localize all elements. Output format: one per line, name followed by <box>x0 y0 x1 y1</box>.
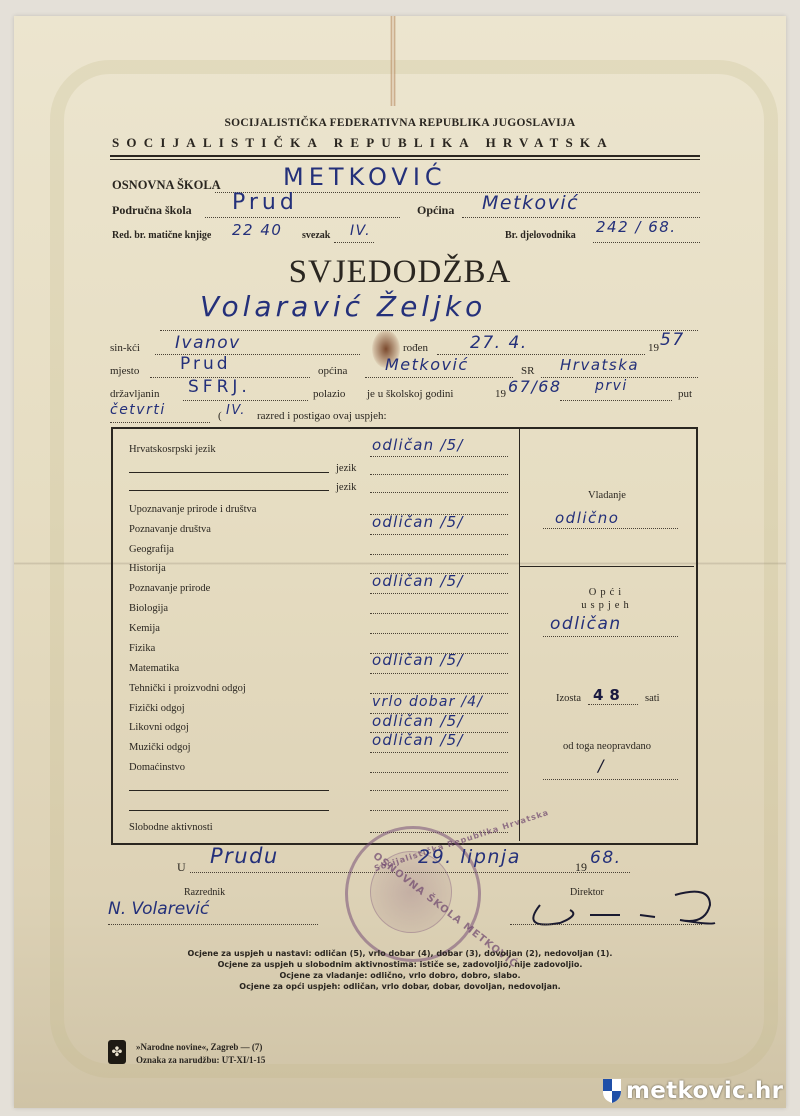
subject-name: Hrvatskosrpski jezik <box>129 444 216 455</box>
overall-value: odličan <box>550 614 622 634</box>
branch-label: Područna škola <box>112 203 192 218</box>
place-municipality-label: općina <box>318 365 347 377</box>
citizenship-value: SFRJ. <box>188 377 251 397</box>
signing-date: 29. lipnja <box>418 846 521 868</box>
signing-year-prefix: 19 <box>575 860 587 875</box>
grade-line <box>370 534 508 535</box>
absence-unit: sati <box>645 693 660 704</box>
signing-place-line <box>190 872 395 873</box>
director-line <box>510 924 702 925</box>
school-label: OSNOVNA ŠKOLA <box>112 178 221 193</box>
subject-name: Tehnički i proizvodni odgoj <box>129 683 246 694</box>
blank-language-line <box>129 490 329 491</box>
register-value: 22 40 <box>232 221 282 239</box>
school-value: METKOVIĆ <box>283 163 447 191</box>
overall-label-2: uspjeh <box>520 600 694 611</box>
born-year-prefix: 19 <box>648 342 659 354</box>
student-name: Volaravić Željko <box>200 290 486 323</box>
fold-mark <box>390 16 396 106</box>
signing-place: Prudu <box>210 844 279 868</box>
overall-label-1: Opći <box>520 587 694 598</box>
subject-name: Historija <box>129 563 166 574</box>
grade-roman: IV. <box>226 403 246 418</box>
citizenship-line <box>183 400 308 401</box>
legend-line: Ocjene za opći uspjeh: odličan, vrlo dob… <box>0 981 800 992</box>
subject-name: Fizika <box>129 643 155 654</box>
grade-word: četvrti <box>110 402 166 418</box>
register-label: Red. br. matične knjige <box>112 230 211 241</box>
signing-year: 68. <box>590 848 622 868</box>
legend-line: Ocjene za uspjeh u slobodnim aktivnostim… <box>0 959 800 970</box>
conduct-value: odlično <box>555 509 619 527</box>
certificate-title: SVJEDODŽBA <box>0 254 800 291</box>
subject-name: Fizički odgoj <box>129 703 185 714</box>
grade-line <box>370 790 508 791</box>
subject-name: jezik <box>336 463 356 474</box>
municipality-label: Općina <box>417 203 454 218</box>
class-teacher-signature: N. Volarević <box>108 899 209 919</box>
grade-line <box>370 456 508 457</box>
subject-name: Matematika <box>129 663 179 674</box>
municipality-value: Metković <box>482 192 579 214</box>
grading-legend: Ocjene za uspjeh u nastavi: odličan (5),… <box>0 948 800 992</box>
grade-line <box>370 810 508 811</box>
father-name: Ivanov <box>175 333 241 353</box>
subject-grade: odličan /5/ <box>372 712 464 730</box>
school-year-label: je u školskoj godini <box>367 388 453 400</box>
subject-name: Geografija <box>129 544 174 555</box>
grade-line <box>370 772 508 773</box>
office-no-value: 242 / 68. <box>596 218 677 236</box>
place-municipality-line <box>365 377 513 378</box>
class-teacher-label: Razrednik <box>184 887 225 898</box>
subject-grade: odličan /5/ <box>372 572 464 590</box>
subject-grade: odličan /5/ <box>372 436 464 454</box>
subject-name: Biologija <box>129 603 168 614</box>
subject-grade: odličan /5/ <box>372 651 464 669</box>
legend-line: Ocjene za uspjeh u nastavi: odličan (5),… <box>0 948 800 959</box>
publisher-logo-icon: ✤ <box>108 1040 126 1064</box>
grade-paren-open: ( <box>218 410 222 422</box>
absence-line <box>588 704 638 705</box>
conduct-label: Vladanje <box>520 490 694 501</box>
grade-line <box>370 633 508 634</box>
grade-line <box>370 613 508 614</box>
grade-word-line <box>110 422 210 423</box>
signing-date-line <box>405 872 630 873</box>
unjustified-label: od toga neopravdano <box>520 741 694 752</box>
grade-line <box>370 492 508 493</box>
watermark-text: metkovic.hr <box>626 1078 783 1104</box>
grade-line <box>370 474 508 475</box>
blank-subject-line <box>129 810 329 811</box>
volume-value: IV. <box>350 223 371 239</box>
school-year-value: 67/68 <box>508 377 562 396</box>
absence-value: 48 <box>593 686 626 704</box>
subject-name: Kemija <box>129 623 160 634</box>
subject-grade: vrlo dobar /4/ <box>372 694 483 710</box>
conduct-line <box>543 528 678 529</box>
republic-label: SR <box>521 365 534 377</box>
office-no-label: Br. djelovodnika <box>505 230 576 241</box>
legend-line: Ocjene za vladanje: odlično, vrlo dobro,… <box>0 970 800 981</box>
subject-name: Upoznavanje prirode i društva <box>129 504 256 515</box>
school-year-prefix: 19 <box>495 388 506 400</box>
times-label: put <box>678 388 692 400</box>
subject-name: Poznavanje društva <box>129 524 211 535</box>
place-municipality-value: Metković <box>385 355 469 374</box>
citizenship-label: državljanin <box>110 388 159 400</box>
blank-subject-line <box>129 790 329 791</box>
class-teacher-line <box>108 924 318 925</box>
federation-heading: SOCIJALISTIČKA FEDERATIVNA REPUBLIKA JUG… <box>0 117 800 129</box>
branch-line <box>205 217 400 218</box>
header-rule <box>110 155 700 157</box>
overall-line <box>543 636 678 637</box>
watermark: metkovic.hr <box>602 1078 783 1104</box>
attempt-value: prvi <box>595 378 628 394</box>
subject-name: Likovni odgoj <box>129 722 189 733</box>
born-year: 57 <box>660 330 685 350</box>
republic-heading: SOCIJALISTIČKA REPUBLIKA HRVATSKA <box>112 135 702 151</box>
grade-line <box>370 593 508 594</box>
header-rule-thin <box>110 159 700 160</box>
branch-value: Prud <box>232 190 298 215</box>
grade-tail: razred i postigao ovaj uspjeh: <box>257 410 387 422</box>
volume-label: svezak <box>302 230 330 241</box>
shield-icon <box>602 1078 622 1104</box>
republic-value: Hrvatska <box>560 356 639 374</box>
publisher-line-2: Oznaka za narudžbu: UT-XI/1-15 <box>136 1055 265 1065</box>
attended-label: polazio <box>313 388 345 400</box>
subject-name: Slobodne aktivnosti <box>129 822 213 833</box>
student-name-line <box>160 330 698 331</box>
place-label: mjesto <box>110 365 139 377</box>
grade-line <box>370 752 508 753</box>
volume-line <box>334 242 374 243</box>
subject-grade: odličan /5/ <box>372 731 464 749</box>
grade-line <box>370 673 508 674</box>
office-no-line <box>593 242 700 243</box>
born-label: rođen <box>403 342 428 354</box>
absence-label: Izosta <box>556 693 581 704</box>
signing-place-prefix: U <box>177 860 186 875</box>
unjustified-line <box>543 779 678 780</box>
subject-name: jezik <box>336 482 356 493</box>
attempt-line <box>560 400 672 401</box>
place-value: Prud <box>180 354 231 374</box>
born-date: 27. 4. <box>470 333 528 353</box>
subject-name: Domaćinstvo <box>129 762 185 773</box>
blank-language-line <box>129 472 329 473</box>
subject-grade: odličan /5/ <box>372 513 464 531</box>
subject-name: Muzički odgoj <box>129 742 191 753</box>
conduct-divider <box>520 566 694 567</box>
publisher-line-1: »Narodne novine«, Zagreb — (7) <box>136 1042 262 1052</box>
unjustified-value: / <box>598 756 605 775</box>
subject-name: Poznavanje prirode <box>129 583 210 594</box>
grade-line <box>370 554 508 555</box>
director-signature <box>520 885 720 935</box>
son-label: sin-kći <box>110 342 140 354</box>
